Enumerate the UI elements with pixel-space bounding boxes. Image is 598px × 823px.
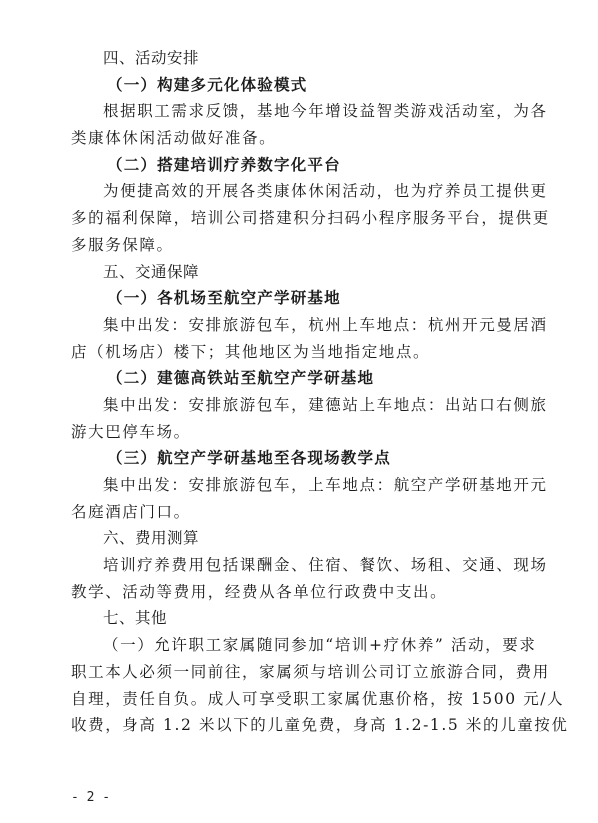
section-heading-transport: 五、交通保障 (71, 259, 531, 286)
paragraph-line: （一）允许职工家属随同参加“培训+疗休养” 活动，要求 (71, 632, 531, 659)
paragraph-line: 游大巴停车场。 (71, 419, 531, 446)
paragraph-line: 根据职工需求反馈，基地今年增设益智类游戏活动室，为各 (71, 98, 531, 125)
paragraph-line: 自理，责任自负。成人可享受职工家属优惠价格，按 1500 元/人 (71, 686, 531, 713)
section-heading-other: 七、其他 (71, 605, 531, 632)
paragraph-line: 多服务保障。 (71, 232, 531, 259)
subsection-heading: （二）建德高铁站至航空产学研基地 (71, 365, 531, 392)
subsection-heading: （三）航空产学研基地至各现场教学点 (71, 445, 531, 472)
paragraph-line: 集中出发：安排旅游包车，杭州上车地点：杭州开元曼居酒 (71, 312, 531, 339)
paragraph-line: 教学、活动等费用，经费从各单位行政费中支出。 (71, 579, 531, 606)
subsection-heading: （二）搭建培训疗养数字化平台 (71, 152, 531, 179)
paragraph-line: 类康体休闲活动做好准备。 (71, 125, 531, 152)
paragraph-line: 多的福利保障，培训公司搭建积分扫码小程序服务平台，提供更 (71, 205, 531, 232)
section-heading-activities: 四、活动安排 (71, 45, 531, 72)
subsection-heading: （一）各机场至航空产学研基地 (71, 285, 531, 312)
paragraph-line: 收费，身高 1.2 米以下的儿童免费，身高 1.2-1.5 米的儿童按优 (71, 712, 531, 739)
paragraph-line: 集中出发：安排旅游包车，上车地点：航空产学研基地开元 (71, 472, 531, 499)
paragraph-line: 店（机场店）楼下；其他地区为当地指定地点。 (71, 339, 531, 366)
subsection-heading: （一）构建多元化体验模式 (71, 72, 531, 99)
section-heading-costs: 六、费用测算 (71, 525, 531, 552)
paragraph-line: 为便捷高效的开展各类康体休闲活动，也为疗养员工提供更 (71, 178, 531, 205)
document-page: 四、活动安排 （一）构建多元化体验模式 根据职工需求反馈，基地今年增设益智类游戏… (71, 45, 531, 739)
paragraph-line: 名庭酒店门口。 (71, 499, 531, 526)
page-number: - 2 - (71, 790, 110, 805)
paragraph-line: 培训疗养费用包括课酬金、住宿、餐饮、场租、交通、现场 (71, 552, 531, 579)
paragraph-line: 集中出发：安排旅游包车，建德站上车地点：出站口右侧旅 (71, 392, 531, 419)
paragraph-line: 职工本人必须一同前往，家属须与培训公司订立旅游合同，费用 (71, 659, 531, 686)
